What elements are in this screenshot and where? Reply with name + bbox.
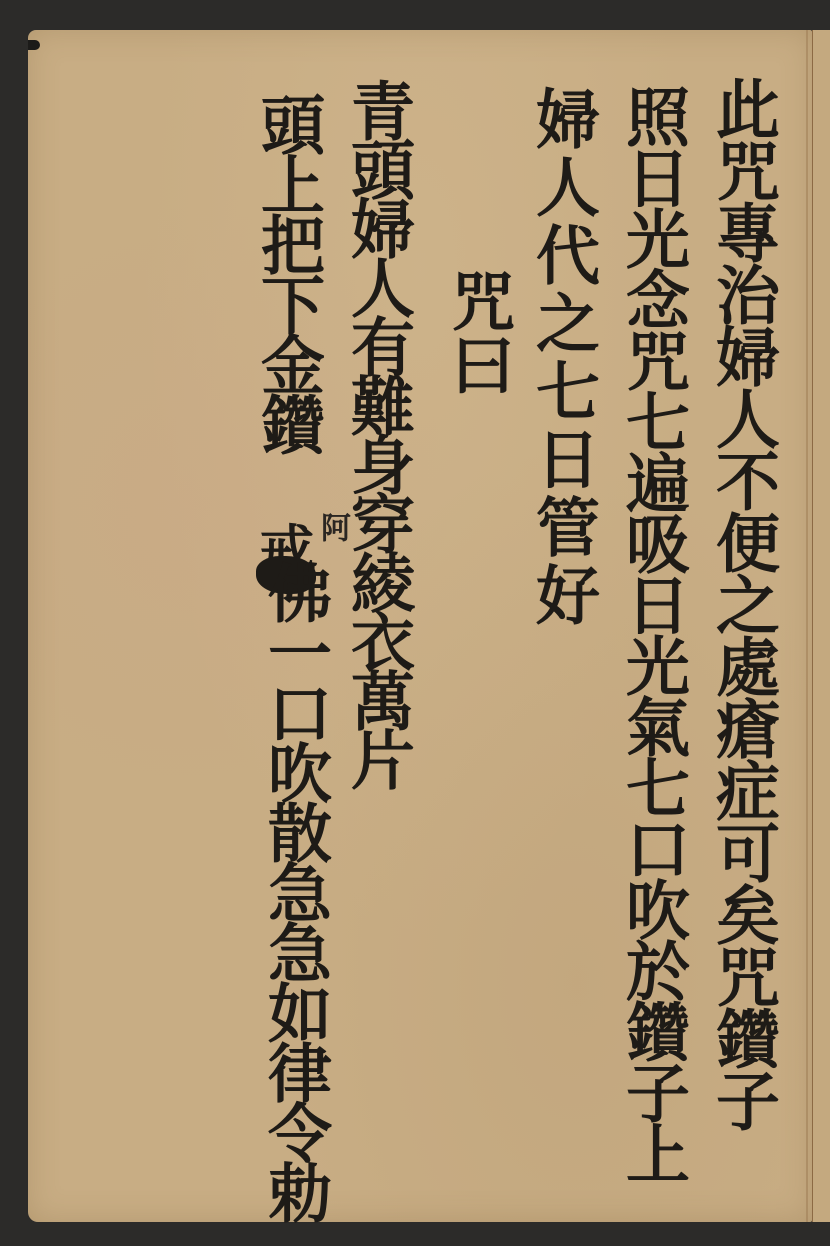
manuscript-page	[28, 30, 812, 1222]
adjacent-page-edge	[812, 30, 830, 1222]
text-column-6-bottom: 佛一口吹散急急如律令勅	[262, 560, 326, 1220]
text-column-2: 照日光念咒七遍吸日光氣七口吹於鑽子上	[620, 84, 684, 1182]
inserted-character: 阿	[310, 512, 354, 542]
page-gutter	[806, 30, 808, 1222]
text-column-6-top: 頭上把下金鑽	[255, 92, 319, 452]
text-column-1: 此咒專治婦人不便之處瘡症可矣咒鑽子	[710, 76, 774, 1130]
text-column-5: 青頭婦人有難身穿綾衣萬片	[345, 78, 409, 786]
text-column-3: 婦人代之七日管好	[530, 86, 594, 630]
text-column-4-incantation-heading: 咒曰	[445, 268, 509, 396]
binding-notch	[28, 40, 40, 50]
